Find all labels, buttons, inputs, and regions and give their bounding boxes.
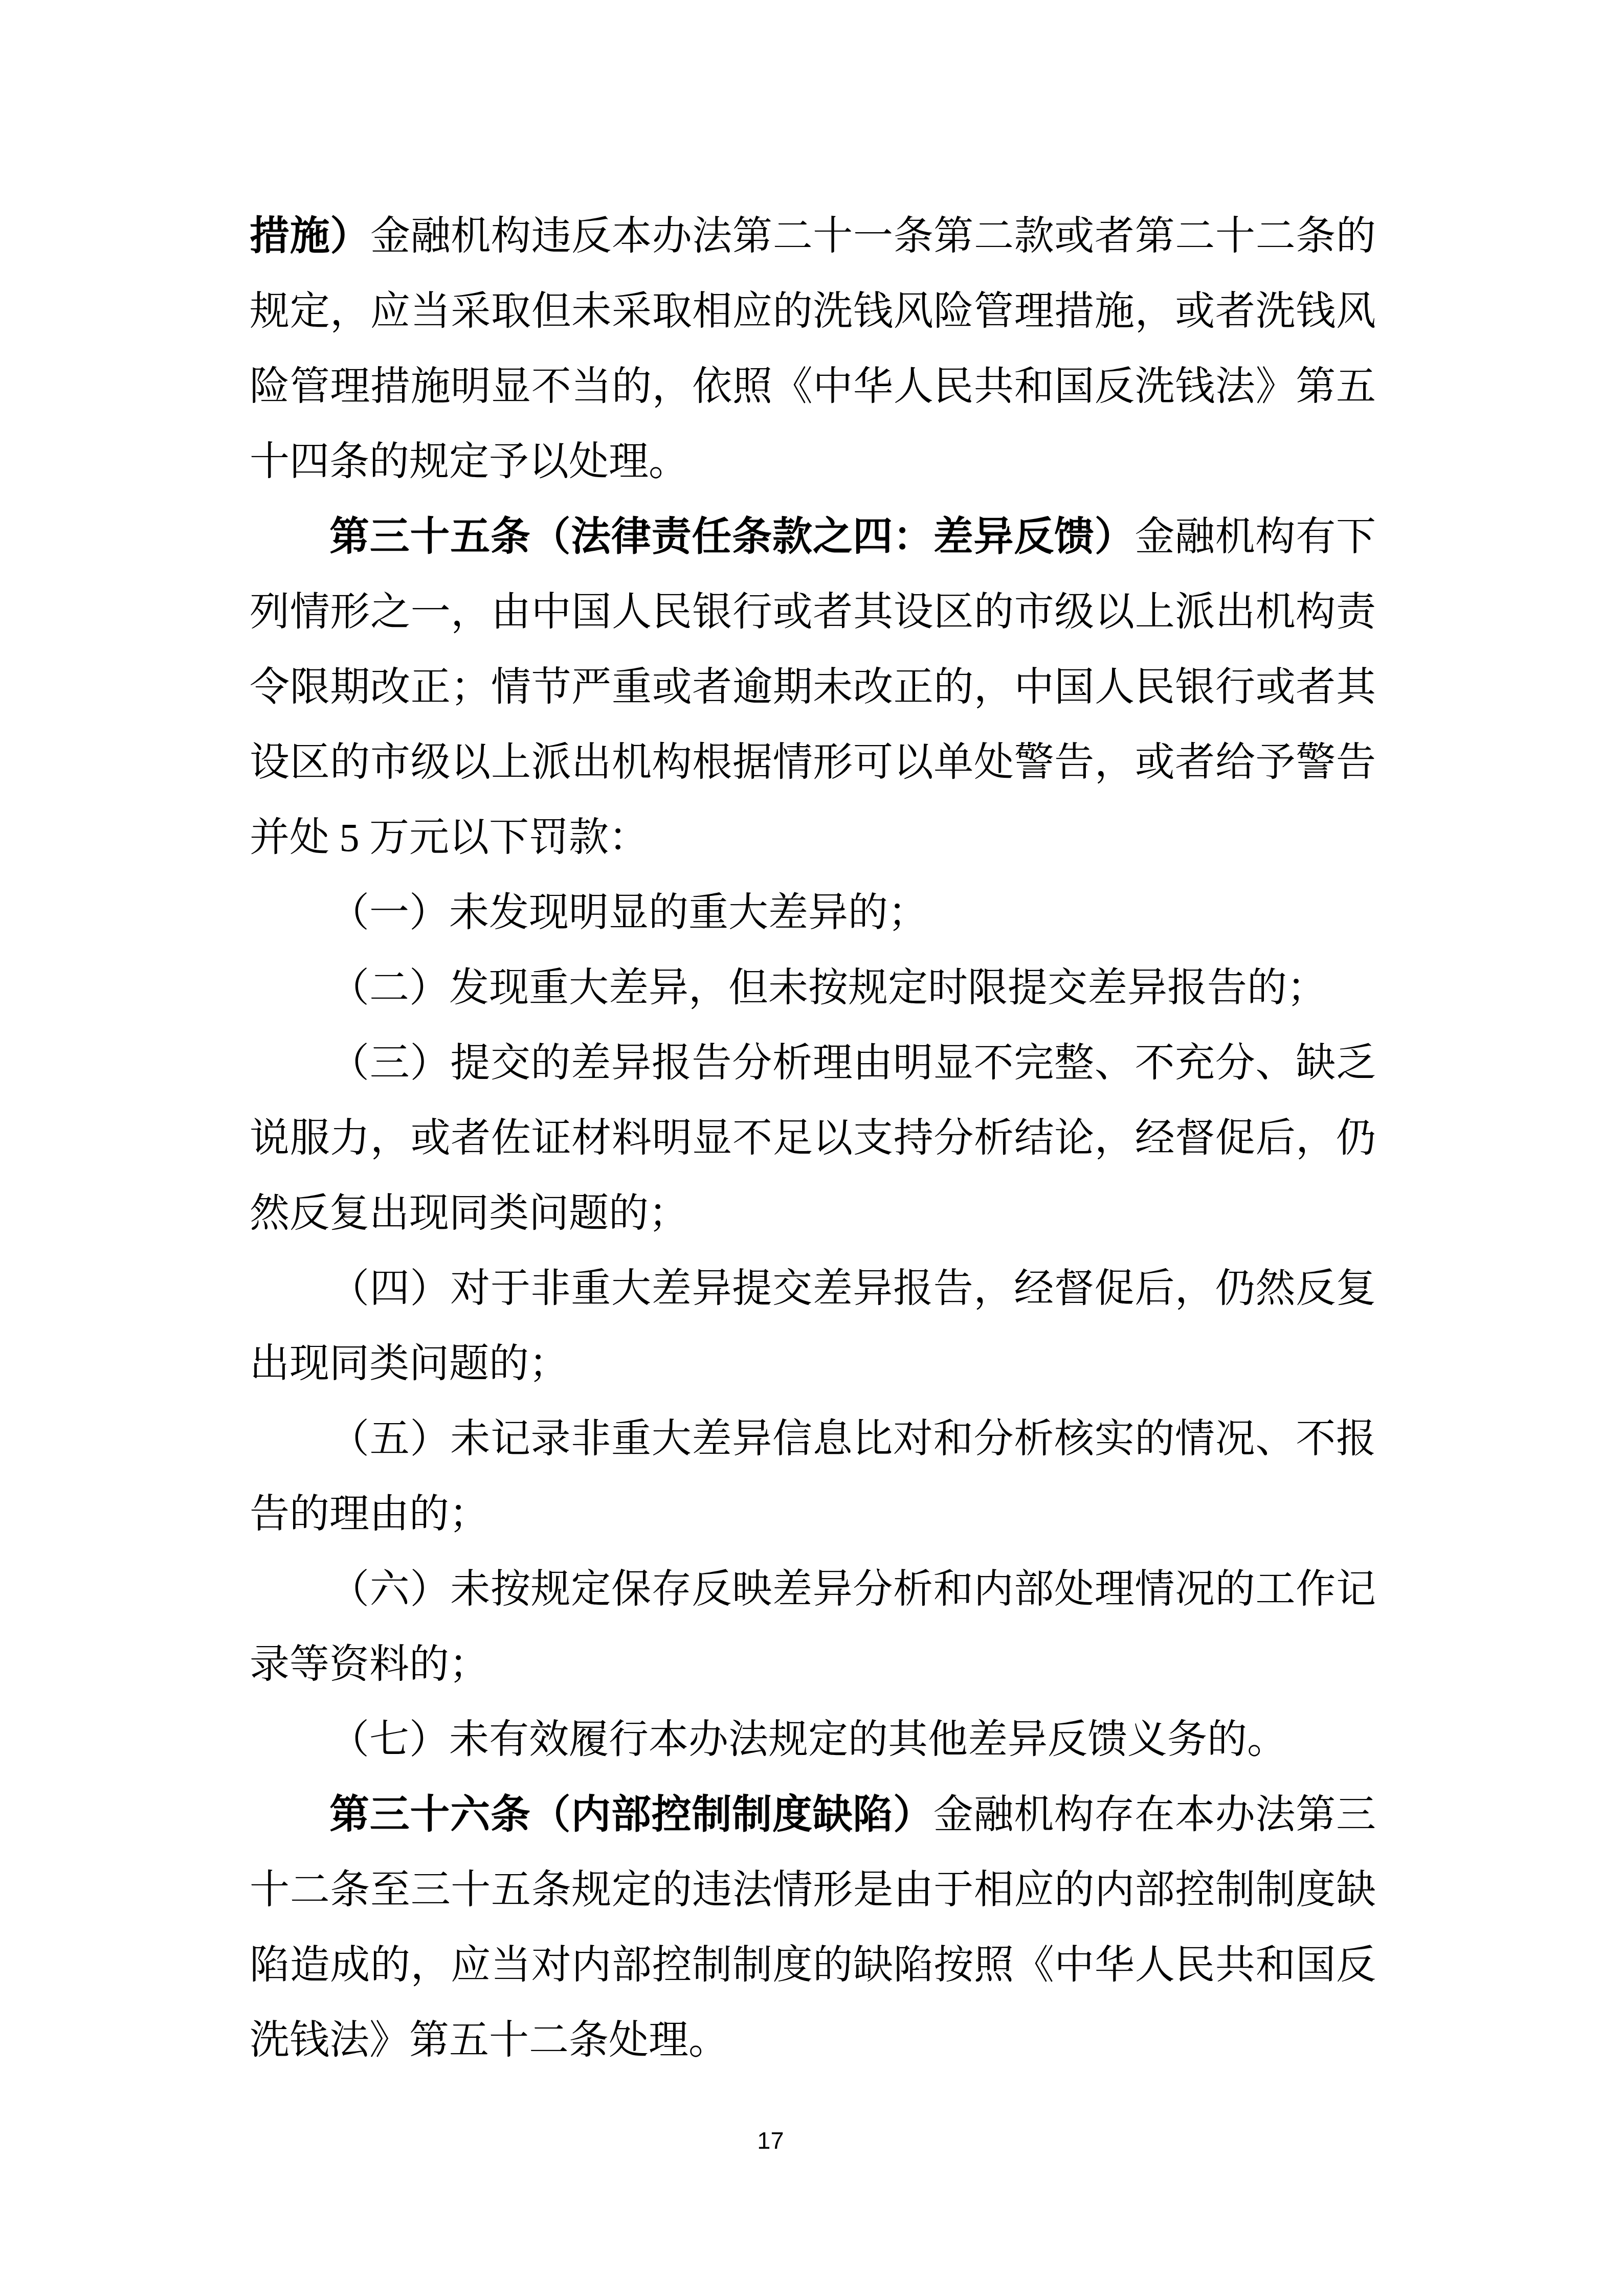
list-item-text: （六）未按规定保存反映差异分析和内部处理情况的工作记录等资料的； bbox=[250, 1567, 1376, 1686]
list-item-1: （一）未发现明显的重大差异的； bbox=[250, 875, 1376, 950]
list-item-text: （三）提交的差异报告分析理由明显不完整、不充分、缺乏说服力，或者佐证材料明显不足… bbox=[250, 1041, 1376, 1235]
article-36-heading-bold: 第三十六条（内部控制制度缺陷） bbox=[329, 1792, 933, 1837]
list-item-5: （五）未记录非重大差异信息比对和分析核实的情况、不报告的理由的； bbox=[250, 1401, 1376, 1551]
list-item-text: （四）对于非重大差异提交差异报告，经督促后，仍然反复出现同类问题的； bbox=[250, 1266, 1376, 1386]
list-item-3: （三）提交的差异报告分析理由明显不完整、不充分、缺乏说服力，或者佐证材料明显不足… bbox=[250, 1025, 1376, 1251]
list-item-text: （七）未有效履行本办法规定的其他差异反馈义务的。 bbox=[329, 1717, 1287, 1762]
page-number: 17 bbox=[0, 2128, 1583, 2152]
list-item-6: （六）未按规定保存反映差异分析和内部处理情况的工作记录等资料的； bbox=[250, 1551, 1376, 1702]
list-item-text: （二）发现重大差异，但未按规定时限提交差异报告的； bbox=[329, 965, 1327, 1010]
article-35-heading-bold: 第三十五条（法律责任条款之四：差异反馈） bbox=[329, 514, 1134, 559]
paragraph-article-36: 第三十六条（内部控制制度缺陷）金融机构存在本办法第三十二条至三十五条规定的违法情… bbox=[250, 1777, 1376, 2078]
paragraph-article-34-continuation: 措施）金融机构违反本办法第二十一条第二款或者第二十二条的规定，应当采取但未采取相… bbox=[250, 198, 1376, 499]
paragraph-text: 金融机构有下列情形之一，由中国人民银行或者其设区的市级以上派出机构责令限期改正；… bbox=[250, 514, 1376, 860]
document-page: 措施）金融机构违反本办法第二十一条第二款或者第二十二条的规定，应当采取但未采取相… bbox=[0, 0, 1624, 2296]
list-item-7: （七）未有效履行本办法规定的其他差异反馈义务的。 bbox=[250, 1702, 1376, 1777]
list-item-text: （一）未发现明显的重大差异的； bbox=[329, 890, 928, 935]
list-item-text: （五）未记录非重大差异信息比对和分析核实的情况、不报告的理由的； bbox=[250, 1416, 1376, 1536]
document-text-block: 措施）金融机构违反本办法第二十一条第二款或者第二十二条的规定，应当采取但未采取相… bbox=[250, 198, 1376, 2078]
paragraph-article-35: 第三十五条（法律责任条款之四：差异反馈）金融机构有下列情形之一，由中国人民银行或… bbox=[250, 499, 1376, 875]
list-item-2: （二）发现重大差异，但未按规定时限提交差异报告的； bbox=[250, 950, 1376, 1025]
paragraph-text: 金融机构违反本办法第二十一条第二款或者第二十二条的规定，应当采取但未采取相应的洗… bbox=[250, 214, 1376, 484]
article-34-bold-tail: 措施） bbox=[250, 214, 370, 258]
list-item-4: （四）对于非重大差异提交差异报告，经督促后，仍然反复出现同类问题的； bbox=[250, 1251, 1376, 1401]
